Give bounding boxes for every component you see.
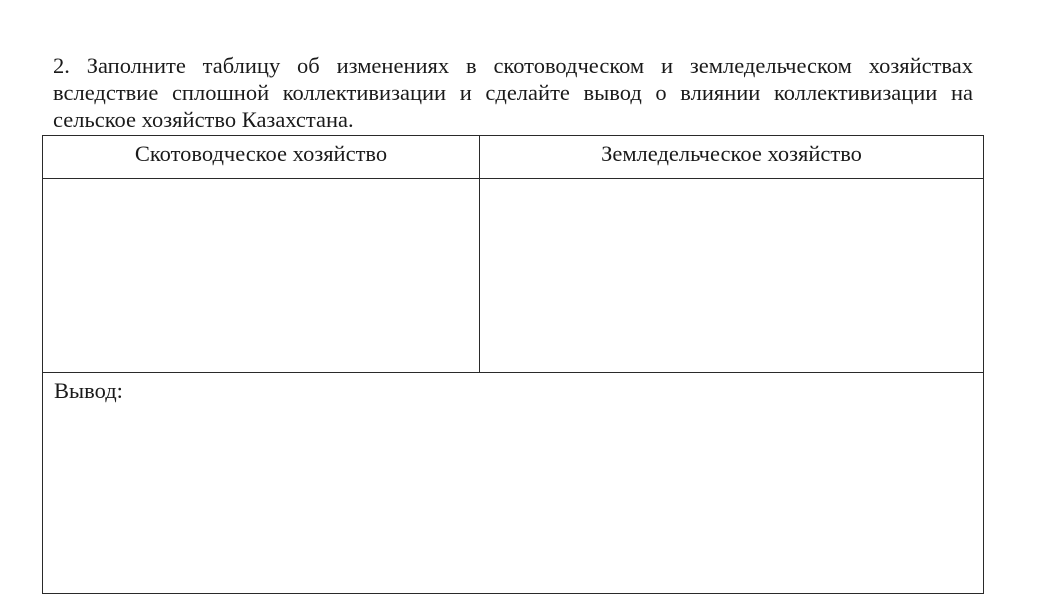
conclusion-label: Вывод: (54, 378, 123, 404)
task-line-3: сельское хозяйство Казахстана. (53, 106, 973, 133)
task-statement: 2. Заполните таблицу об изменениях в ско… (53, 52, 973, 133)
comparison-table: Скотоводческое хозяйство Земледельческое… (42, 135, 984, 594)
task-line-1: 2. Заполните таблицу об изменениях в ско… (53, 52, 973, 79)
agricultural-farming-answer[interactable] (486, 185, 977, 366)
conclusion-answer[interactable] (49, 407, 977, 587)
header-livestock-farming-label: Скотоводческое хозяйство (43, 141, 479, 167)
header-agricultural-farming: Земледельческое хозяйство (480, 136, 983, 179)
header-livestock-farming: Скотоводческое хозяйство (43, 136, 480, 179)
header-agricultural-farming-label: Земледельческое хозяйство (480, 141, 983, 167)
cell-livestock-farming[interactable] (43, 179, 480, 373)
cell-conclusion[interactable]: Вывод: (43, 373, 983, 593)
task-line-2: вследствие сплошной коллективизации и сд… (53, 79, 973, 106)
livestock-farming-answer[interactable] (49, 185, 473, 366)
cell-agricultural-farming[interactable] (480, 179, 983, 373)
